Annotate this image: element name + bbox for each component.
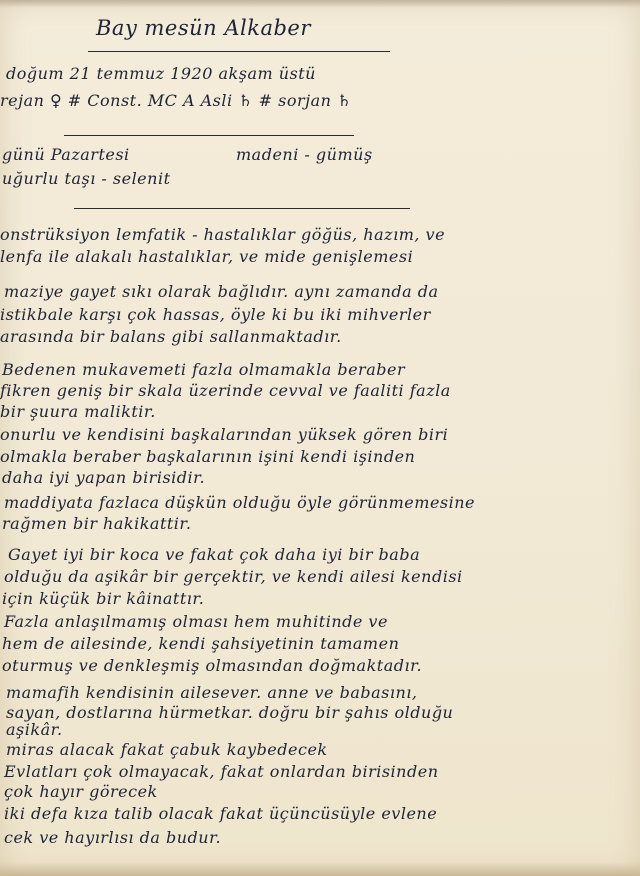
paragraph-line: onstrüksiyon lemfatik - hastalıklar göğü… <box>0 225 445 244</box>
paragraph-line: mamafih kendisinin ailesever. anne ve ba… <box>6 683 418 702</box>
paragraph-line: sayan, dostlarına hürmetkar. doğru bir ş… <box>6 703 453 722</box>
paragraph-line: çok hayır görecek <box>4 782 158 801</box>
paragraph-line: iki defa kıza talib olacak fakat üçüncüs… <box>4 804 437 823</box>
paragraph-line: miras alacak fakat çabuk kaybedecek <box>6 740 328 759</box>
day-line: günü Pazartesi <box>2 145 130 164</box>
divider-2 <box>74 208 410 209</box>
paragraph-line: fikren geniş bir skala üzerinde cevval v… <box>0 381 451 400</box>
paragraph-line: arasında bir balans gibi sallanmaktadır. <box>0 327 342 346</box>
birth-line: doğum 21 temmuz 1920 akşam üstü <box>6 64 316 83</box>
metal-line: madeni - gümüş <box>236 145 373 164</box>
paragraph-line: olduğu da aşikâr bir gerçektir, ve kendi… <box>4 567 463 586</box>
paragraph-line: aşikâr. <box>6 720 63 739</box>
paragraph-line: lenfa ile alakalı hastalıklar, ve mide g… <box>0 247 413 266</box>
paragraph-line: onurlu ve kendisini başkalarından yüksek… <box>0 425 448 444</box>
astro-line: rejan ♀ # Const. MC A Asli ♄ # sorjan ♄ <box>0 91 352 110</box>
paragraph-line: Gayet iyi bir koca ve fakat çok daha iyi… <box>8 545 420 564</box>
handwritten-document-page: Bay mesün Alkaber doğum 21 temmuz 1920 a… <box>0 0 640 876</box>
paragraph-line: rağmen bir hakikattir. <box>2 514 191 533</box>
paragraph-line: Fazla anlaşılmamış olması hem muhitinde … <box>4 612 388 631</box>
paragraph-line: hem de ailesinde, kendi şahsiyetinin tam… <box>2 634 399 653</box>
paper-bottom-edge <box>0 862 640 876</box>
paragraph-line: maddiyata fazlaca düşkün olduğu öyle gör… <box>4 493 475 512</box>
title-underline <box>88 51 390 52</box>
paragraph-line: cek ve hayırlısı da budur. <box>4 828 221 847</box>
divider-1 <box>64 135 354 136</box>
paragraph-line: olmakla beraber başkalarının işini kendi… <box>0 447 415 466</box>
paper-top-edge <box>0 0 640 8</box>
paragraph-line: Bedenen mukavemeti fazla olmamakla berab… <box>2 360 405 379</box>
paragraph-line: daha iyi yapan birisidir. <box>2 468 205 487</box>
document-title: Bay mesün Alkaber <box>96 16 311 40</box>
paragraph-line: Evlatları çok olmayacak, fakat onlardan … <box>4 762 439 781</box>
stone-line: uğurlu taşı - selenit <box>2 169 171 188</box>
paragraph-line: maziye gayet sıkı olarak bağlıdır. aynı … <box>4 282 439 301</box>
paragraph-line: bir şuura maliktir. <box>0 402 156 421</box>
paragraph-line: istikbale karşı çok hassas, öyle ki bu i… <box>0 305 431 324</box>
paragraph-line: için küçük bir kâinattır. <box>2 589 204 608</box>
paragraph-line: oturmuş ve denkleşmiş olmasından doğmakt… <box>2 656 422 675</box>
